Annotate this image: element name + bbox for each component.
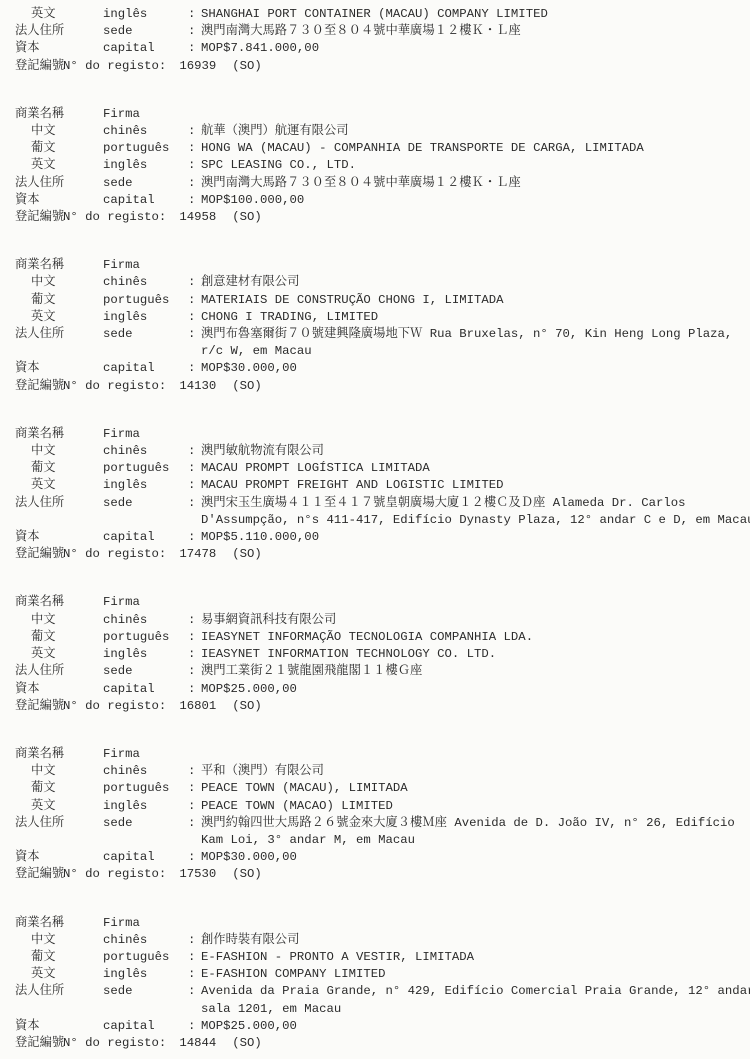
field-label-pt: sede <box>103 23 188 40</box>
field-row: 資本capital:MOP$100.000,00 <box>15 192 740 209</box>
field-label-zh: 英文 <box>15 477 103 494</box>
field-label-pt: português <box>103 780 188 797</box>
field-label-zh: 資本 <box>15 1018 103 1035</box>
colon-separator: : <box>188 681 201 698</box>
record-header-row: 商業名稱Firma <box>15 257 740 274</box>
registo-suffix: (SO) <box>232 209 262 226</box>
value-line: :CHONG I TRADING, LIMITED <box>188 309 740 326</box>
field-label-pt: chinês <box>103 612 188 629</box>
value-text: HONG WA (MACAU) - COMPANHIA DE TRANSPORT… <box>201 141 644 155</box>
field-label-pt: inglês <box>103 6 188 23</box>
field-label-zh: 葡文 <box>15 460 103 477</box>
field-row: 葡文português:E-FASHION - PRONTO A VESTIR,… <box>15 949 740 966</box>
field-value: :MOP$5.110.000,00 <box>188 529 740 546</box>
colon-separator: : <box>188 460 201 477</box>
field-label-zh: 葡文 <box>15 949 103 966</box>
field-value: :MACAU PROMPT LOGÍSTICA LIMITADA <box>188 460 740 477</box>
value-line: D'Assumpção, n°s 411-417, Edifício Dynas… <box>188 512 740 529</box>
value-text: 創作時裝有限公司 <box>201 933 299 947</box>
record-block: 商業名稱Firma中文chinês:易事網資訊科技有限公司葡文português… <box>15 594 740 714</box>
field-row: 法人住所sede:澳門南灣大馬路７３０至８０４號中華廣場１２樓Ｋ・Ｌ座 <box>15 23 740 40</box>
record-header-row: 商業名稱Firma <box>15 746 740 763</box>
value-text: 航華（澳門）航運有限公司 <box>201 124 349 138</box>
value-line: :HONG WA (MACAU) - COMPANHIA DE TRANSPOR… <box>188 140 740 157</box>
field-value: :IEASYNET INFORMAÇÃO TECNOLOGIA COMPANHI… <box>188 629 740 646</box>
field-label-zh: 英文 <box>15 309 103 326</box>
field-value: :澳門布魯塞爾街７０號建興隆廣場地下Ｗ Rua Bruxelas, n° 70,… <box>188 326 740 360</box>
value-text: MACAU PROMPT FREIGHT AND LOGISTIC LIMITE… <box>201 478 504 492</box>
field-row: 資本capital:MOP$7.841.000,00 <box>15 40 740 57</box>
registo-label-pt: N° do registo: <box>63 866 166 883</box>
value-text: PEACE TOWN (MACAO) LIMITED <box>201 799 393 813</box>
field-label-zh: 資本 <box>15 681 103 698</box>
field-label-zh: 法人住所 <box>15 175 103 192</box>
value-text: 平和（澳門）有限公司 <box>201 764 324 778</box>
value-text: 易事網資訊科技有限公司 <box>201 613 336 627</box>
field-label-pt: capital <box>103 360 188 377</box>
record-header-row: 商業名稱Firma <box>15 106 740 123</box>
value-text: MATERIAIS DE CONSTRUÇÃO CHONG I, LIMITAD… <box>201 293 504 307</box>
field-label-pt: chinês <box>103 763 188 780</box>
colon-separator: : <box>188 40 201 57</box>
colon-separator: : <box>188 663 201 680</box>
field-value: :澳門南灣大馬路７３０至８０４號中華廣場１２樓Ｋ・Ｌ座 <box>188 175 740 192</box>
field-label-pt: português <box>103 460 188 477</box>
colon-separator: : <box>188 763 201 780</box>
registo-row: 登記編號N° do registo:14130(SO) <box>15 378 740 395</box>
field-row: 英文inglês:MACAU PROMPT FREIGHT AND LOGIST… <box>15 477 740 494</box>
value-text: 澳門約翰四世大馬路２６號金來大廈３樓Ｍ座 Avenida de D. João … <box>201 816 735 830</box>
colon-separator: : <box>188 798 201 815</box>
registo-row: 登記編號N° do registo:14844(SO) <box>15 1035 740 1052</box>
value-text: CHONG I TRADING, LIMITED <box>201 310 378 324</box>
field-label-zh: 法人住所 <box>15 663 103 680</box>
registo-label-pt: N° do registo: <box>63 378 166 395</box>
field-label-pt: inglês <box>103 309 188 326</box>
value-line: sala 1201, em Macau <box>188 1001 740 1018</box>
value-text: r/c W, em Macau <box>201 344 312 358</box>
value-line: :平和（澳門）有限公司 <box>188 763 740 780</box>
field-label-pt: Firma <box>103 426 188 443</box>
field-label-zh: 中文 <box>15 932 103 949</box>
registo-suffix: (SO) <box>232 866 262 883</box>
field-row: 英文inglês:PEACE TOWN (MACAO) LIMITED <box>15 798 740 815</box>
colon-separator: : <box>188 175 201 192</box>
value-text: 澳門敏航物流有限公司 <box>201 444 324 458</box>
field-value: :澳門敏航物流有限公司 <box>188 443 740 460</box>
field-value: :MOP$30.000,00 <box>188 849 740 866</box>
field-label-pt: inglês <box>103 798 188 815</box>
field-label-zh: 法人住所 <box>15 983 103 1000</box>
field-label-pt: português <box>103 140 188 157</box>
field-label-zh: 商業名稱 <box>15 106 103 123</box>
field-value: :HONG WA (MACAU) - COMPANHIA DE TRANSPOR… <box>188 140 740 157</box>
colon-separator: : <box>188 932 201 949</box>
field-value: :澳門宋玉生廣場４１１至４１７號皇朝廣場大廈１２樓Ｃ及Ｄ座 Alameda Dr… <box>188 495 740 529</box>
colon-separator: : <box>188 966 201 983</box>
value-line: :MACAU PROMPT LOGÍSTICA LIMITADA <box>188 460 740 477</box>
value-line: :SHANGHAI PORT CONTAINER (MACAU) COMPANY… <box>188 6 740 23</box>
field-label-zh: 英文 <box>15 646 103 663</box>
field-label-pt: sede <box>103 983 188 1000</box>
field-label-pt: inglês <box>103 157 188 174</box>
value-line: :澳門南灣大馬路７３０至８０４號中華廣場１２樓Ｋ・Ｌ座 <box>188 175 740 192</box>
field-label-pt: português <box>103 292 188 309</box>
registry-page: 英文inglês:SHANGHAI PORT CONTAINER (MACAU)… <box>0 0 750 1052</box>
field-label-zh: 商業名稱 <box>15 594 103 611</box>
field-label-pt: sede <box>103 495 188 512</box>
value-text: Kam Loi, 3° andar M, em Macau <box>201 833 415 847</box>
colon-separator: : <box>188 815 201 832</box>
value-text: MOP$25.000,00 <box>201 682 297 696</box>
colon-separator: : <box>188 477 201 494</box>
field-label-pt: capital <box>103 192 188 209</box>
value-line: :MACAU PROMPT FREIGHT AND LOGISTIC LIMIT… <box>188 477 740 494</box>
field-value: :MOP$25.000,00 <box>188 1018 740 1035</box>
field-row: 資本capital:MOP$25.000,00 <box>15 681 740 698</box>
field-row: 英文inglês:SHANGHAI PORT CONTAINER (MACAU)… <box>15 6 740 23</box>
record-header-row: 商業名稱Firma <box>15 915 740 932</box>
field-value: :Avenida da Praia Grande, n° 429, Edifíc… <box>188 983 740 1017</box>
field-row: 葡文português:PEACE TOWN (MACAU), LIMITADA <box>15 780 740 797</box>
value-line: :E-FASHION COMPANY LIMITED <box>188 966 740 983</box>
colon-separator: : <box>188 292 201 309</box>
value-text: 創意建材有限公司 <box>201 275 299 289</box>
value-line: :PEACE TOWN (MACAU), LIMITADA <box>188 780 740 797</box>
field-label-pt: capital <box>103 529 188 546</box>
value-text: 澳門宋玉生廣場４１１至４１７號皇朝廣場大廈１２樓Ｃ及Ｄ座 Alameda Dr.… <box>201 496 686 510</box>
field-row: 法人住所sede:澳門南灣大馬路７３０至８０４號中華廣場１２樓Ｋ・Ｌ座 <box>15 175 740 192</box>
registo-number: 17478 <box>179 546 216 563</box>
field-label-pt: sede <box>103 815 188 832</box>
colon-separator: : <box>188 629 201 646</box>
value-line: :MOP$5.110.000,00 <box>188 529 740 546</box>
value-text: 澳門布魯塞爾街７０號建興隆廣場地下Ｗ Rua Bruxelas, n° 70, … <box>201 327 732 341</box>
field-value: :E-FASHION - PRONTO A VESTIR, LIMITADA <box>188 949 740 966</box>
field-label-zh: 資本 <box>15 40 103 57</box>
field-row: 英文inglês:SPC LEASING CO., LTD. <box>15 157 740 174</box>
colon-separator: : <box>188 274 201 291</box>
registo-number: 17530 <box>179 866 216 883</box>
value-text: MOP$25.000,00 <box>201 1019 297 1033</box>
value-line: :MOP$100.000,00 <box>188 192 740 209</box>
record-block: 商業名稱Firma中文chinês:澳門敏航物流有限公司葡文português:… <box>15 426 740 564</box>
field-row: 中文chinês:澳門敏航物流有限公司 <box>15 443 740 460</box>
value-line: :澳門約翰四世大馬路２６號金來大廈３樓Ｍ座 Avenida de D. João… <box>188 815 740 832</box>
value-line: Kam Loi, 3° andar M, em Macau <box>188 832 740 849</box>
registo-row: 登記編號N° do registo:14958(SO) <box>15 209 740 226</box>
field-row: 法人住所sede:澳門布魯塞爾街７０號建興隆廣場地下Ｗ Rua Bruxelas… <box>15 326 740 360</box>
registo-suffix: (SO) <box>232 698 262 715</box>
registo-suffix: (SO) <box>232 1035 262 1052</box>
value-text: MACAU PROMPT LOGÍSTICA LIMITADA <box>201 461 430 475</box>
value-line: :PEACE TOWN (MACAO) LIMITED <box>188 798 740 815</box>
field-value: :SHANGHAI PORT CONTAINER (MACAU) COMPANY… <box>188 6 740 23</box>
registo-row: 登記編號N° do registo:16939(SO) <box>15 58 740 75</box>
field-row: 資本capital:MOP$5.110.000,00 <box>15 529 740 546</box>
value-line: :MOP$30.000,00 <box>188 849 740 866</box>
value-line: :澳門布魯塞爾街７０號建興隆廣場地下Ｗ Rua Bruxelas, n° 70,… <box>188 326 740 343</box>
field-value: :MOP$30.000,00 <box>188 360 740 377</box>
field-label-zh: 英文 <box>15 798 103 815</box>
field-row: 英文inglês:IEASYNET INFORMATION TECHNOLOGY… <box>15 646 740 663</box>
field-row: 英文inglês:CHONG I TRADING, LIMITED <box>15 309 740 326</box>
field-row: 中文chinês:易事網資訊科技有限公司 <box>15 612 740 629</box>
field-value: :易事網資訊科技有限公司 <box>188 612 740 629</box>
registo-suffix: (SO) <box>232 58 262 75</box>
field-label-pt: chinês <box>103 274 188 291</box>
value-line: :澳門宋玉生廣場４１１至４１７號皇朝廣場大廈１２樓Ｃ及Ｄ座 Alameda Dr… <box>188 495 740 512</box>
value-text: IEASYNET INFORMATION TECHNOLOGY CO. LTD. <box>201 647 496 661</box>
field-label-zh: 商業名稱 <box>15 746 103 763</box>
value-text: E-FASHION COMPANY LIMITED <box>201 967 385 981</box>
registo-label-zh: 登記編號 <box>15 698 63 715</box>
value-text: MOP$5.110.000,00 <box>201 530 319 544</box>
value-line: :航華（澳門）航運有限公司 <box>188 123 740 140</box>
value-line: r/c W, em Macau <box>188 343 740 360</box>
field-label-pt: português <box>103 629 188 646</box>
value-line: :Avenida da Praia Grande, n° 429, Edifíc… <box>188 983 740 1000</box>
field-label-zh: 葡文 <box>15 140 103 157</box>
colon-separator: : <box>188 495 201 512</box>
field-label-zh: 資本 <box>15 360 103 377</box>
registo-suffix: (SO) <box>232 378 262 395</box>
value-line: :E-FASHION - PRONTO A VESTIR, LIMITADA <box>188 949 740 966</box>
field-label-pt: Firma <box>103 106 188 123</box>
field-row: 資本capital:MOP$25.000,00 <box>15 1018 740 1035</box>
field-value: :航華（澳門）航運有限公司 <box>188 123 740 140</box>
field-value: :MATERIAIS DE CONSTRUÇÃO CHONG I, LIMITA… <box>188 292 740 309</box>
field-row: 葡文português:IEASYNET INFORMAÇÃO TECNOLOG… <box>15 629 740 646</box>
registo-number: 14130 <box>179 378 216 395</box>
record-header-row: 商業名稱Firma <box>15 594 740 611</box>
record-block: 商業名稱Firma中文chinês:航華（澳門）航運有限公司葡文portuguê… <box>15 106 740 226</box>
field-row: 葡文português:HONG WA (MACAU) - COMPANHIA … <box>15 140 740 157</box>
registo-suffix: (SO) <box>232 546 262 563</box>
field-value: :SPC LEASING CO., LTD. <box>188 157 740 174</box>
colon-separator: : <box>188 309 201 326</box>
field-label-zh: 英文 <box>15 157 103 174</box>
field-row: 法人住所sede:Avenida da Praia Grande, n° 429… <box>15 983 740 1017</box>
registo-label-pt: N° do registo: <box>63 58 166 75</box>
registo-label-zh: 登記編號 <box>15 209 63 226</box>
field-label-pt: inglês <box>103 966 188 983</box>
registo-label-zh: 登記編號 <box>15 58 63 75</box>
field-value: :創意建材有限公司 <box>188 274 740 291</box>
registo-number: 14958 <box>179 209 216 226</box>
field-label-zh: 葡文 <box>15 292 103 309</box>
value-text: 澳門南灣大馬路７３０至８０４號中華廣場１２樓Ｋ・Ｌ座 <box>201 176 521 190</box>
value-line: :MOP$25.000,00 <box>188 1018 740 1035</box>
field-row: 資本capital:MOP$30.000,00 <box>15 360 740 377</box>
colon-separator: : <box>188 443 201 460</box>
field-label-zh: 資本 <box>15 849 103 866</box>
field-label-zh: 法人住所 <box>15 23 103 40</box>
value-line: :MOP$30.000,00 <box>188 360 740 377</box>
field-label-zh: 葡文 <box>15 780 103 797</box>
field-value: :澳門南灣大馬路７３０至８０４號中華廣場１２樓Ｋ・Ｌ座 <box>188 23 740 40</box>
value-line: :創作時裝有限公司 <box>188 932 740 949</box>
field-row: 資本capital:MOP$30.000,00 <box>15 849 740 866</box>
value-text: D'Assumpção, n°s 411-417, Edifício Dynas… <box>201 513 750 527</box>
colon-separator: : <box>188 360 201 377</box>
field-label-pt: Firma <box>103 594 188 611</box>
field-label-zh: 英文 <box>15 966 103 983</box>
colon-separator: : <box>188 780 201 797</box>
registo-number: 16939 <box>179 58 216 75</box>
colon-separator: : <box>188 849 201 866</box>
value-text: E-FASHION - PRONTO A VESTIR, LIMITADA <box>201 950 474 964</box>
field-row: 法人住所sede:澳門約翰四世大馬路２６號金來大廈３樓Ｍ座 Avenida de… <box>15 815 740 849</box>
registo-number: 16801 <box>179 698 216 715</box>
colon-separator: : <box>188 983 201 1000</box>
value-line: :MATERIAIS DE CONSTRUÇÃO CHONG I, LIMITA… <box>188 292 740 309</box>
field-value: :CHONG I TRADING, LIMITED <box>188 309 740 326</box>
field-label-pt: sede <box>103 175 188 192</box>
colon-separator: : <box>188 529 201 546</box>
field-value: :MOP$25.000,00 <box>188 681 740 698</box>
field-row: 法人住所sede:澳門宋玉生廣場４１１至４１７號皇朝廣場大廈１２樓Ｃ及Ｄ座 Al… <box>15 495 740 529</box>
registo-label-zh: 登記編號 <box>15 866 63 883</box>
field-label-pt: português <box>103 949 188 966</box>
field-label-pt: inglês <box>103 646 188 663</box>
field-label-zh: 資本 <box>15 192 103 209</box>
value-text: 澳門工業街２１號龍園飛龍閣１１樓Ｇ座 <box>201 664 422 678</box>
registo-row: 登記編號N° do registo:17478(SO) <box>15 546 740 563</box>
field-value: :MACAU PROMPT FREIGHT AND LOGISTIC LIMIT… <box>188 477 740 494</box>
value-line: :IEASYNET INFORMATION TECHNOLOGY CO. LTD… <box>188 646 740 663</box>
field-label-pt: chinês <box>103 932 188 949</box>
record-block: 英文inglês:SHANGHAI PORT CONTAINER (MACAU)… <box>15 6 740 75</box>
field-label-pt: capital <box>103 681 188 698</box>
record-header-row: 商業名稱Firma <box>15 426 740 443</box>
field-value: :PEACE TOWN (MACAO) LIMITED <box>188 798 740 815</box>
field-value: :IEASYNET INFORMATION TECHNOLOGY CO. LTD… <box>188 646 740 663</box>
field-row: 葡文português:MACAU PROMPT LOGÍSTICA LIMIT… <box>15 460 740 477</box>
field-label-zh: 中文 <box>15 612 103 629</box>
field-label-pt: chinês <box>103 123 188 140</box>
record-block: 商業名稱Firma中文chinês:創作時裝有限公司葡文português:E-… <box>15 915 740 1053</box>
registo-label-pt: N° do registo: <box>63 546 166 563</box>
registo-label-pt: N° do registo: <box>63 1035 166 1052</box>
value-text: sala 1201, em Macau <box>201 1002 341 1016</box>
colon-separator: : <box>188 140 201 157</box>
field-row: 中文chinês:創意建材有限公司 <box>15 274 740 291</box>
field-label-zh: 商業名稱 <box>15 426 103 443</box>
value-line: :澳門工業街２１號龍園飛龍閣１１樓Ｇ座 <box>188 663 740 680</box>
value-text: SPC LEASING CO., LTD. <box>201 158 356 172</box>
field-label-zh: 中文 <box>15 763 103 780</box>
field-row: 葡文português:MATERIAIS DE CONSTRUÇÃO CHON… <box>15 292 740 309</box>
colon-separator: : <box>188 646 201 663</box>
colon-separator: : <box>188 157 201 174</box>
field-value: :創作時裝有限公司 <box>188 932 740 949</box>
field-label-zh: 葡文 <box>15 629 103 646</box>
field-label-zh: 中文 <box>15 443 103 460</box>
field-value: :澳門工業街２１號龍園飛龍閣１１樓Ｇ座 <box>188 663 740 680</box>
field-label-zh: 法人住所 <box>15 326 103 343</box>
field-value: :MOP$7.841.000,00 <box>188 40 740 57</box>
value-line: :澳門南灣大馬路７３０至８０４號中華廣場１２樓Ｋ・Ｌ座 <box>188 23 740 40</box>
field-label-pt: sede <box>103 326 188 343</box>
colon-separator: : <box>188 612 201 629</box>
value-text: PEACE TOWN (MACAU), LIMITADA <box>201 781 408 795</box>
record-block: 商業名稱Firma中文chinês:平和（澳門）有限公司葡文português:… <box>15 746 740 884</box>
value-line: :IEASYNET INFORMAÇÃO TECNOLOGIA COMPANHI… <box>188 629 740 646</box>
registo-label-zh: 登記編號 <box>15 546 63 563</box>
field-label-zh: 法人住所 <box>15 815 103 832</box>
registo-label-pt: N° do registo: <box>63 209 166 226</box>
value-line: :MOP$25.000,00 <box>188 681 740 698</box>
value-text: MOP$7.841.000,00 <box>201 41 319 55</box>
field-row: 法人住所sede:澳門工業街２１號龍園飛龍閣１１樓Ｇ座 <box>15 663 740 680</box>
record-block: 商業名稱Firma中文chinês:創意建材有限公司葡文português:MA… <box>15 257 740 395</box>
field-label-pt: inglês <box>103 477 188 494</box>
registo-label-zh: 登記編號 <box>15 378 63 395</box>
field-label-pt: Firma <box>103 746 188 763</box>
colon-separator: : <box>188 123 201 140</box>
registo-row: 登記編號N° do registo:17530(SO) <box>15 866 740 883</box>
value-line: :SPC LEASING CO., LTD. <box>188 157 740 174</box>
value-text: MOP$30.000,00 <box>201 850 297 864</box>
value-text: SHANGHAI PORT CONTAINER (MACAU) COMPANY … <box>201 7 548 21</box>
field-value: :E-FASHION COMPANY LIMITED <box>188 966 740 983</box>
value-text: MOP$30.000,00 <box>201 361 297 375</box>
value-text: 澳門南灣大馬路７３０至８０４號中華廣場１２樓Ｋ・Ｌ座 <box>201 24 521 38</box>
field-label-pt: capital <box>103 849 188 866</box>
colon-separator: : <box>188 326 201 343</box>
field-label-zh: 法人住所 <box>15 495 103 512</box>
value-line: :MOP$7.841.000,00 <box>188 40 740 57</box>
value-text: MOP$100.000,00 <box>201 193 304 207</box>
field-label-pt: capital <box>103 1018 188 1035</box>
field-label-zh: 商業名稱 <box>15 915 103 932</box>
field-value: :澳門約翰四世大馬路２６號金來大廈３樓Ｍ座 Avenida de D. João… <box>188 815 740 849</box>
field-row: 中文chinês:平和（澳門）有限公司 <box>15 763 740 780</box>
registo-row: 登記編號N° do registo:16801(SO) <box>15 698 740 715</box>
value-line: :澳門敏航物流有限公司 <box>188 443 740 460</box>
field-row: 英文inglês:E-FASHION COMPANY LIMITED <box>15 966 740 983</box>
field-label-pt: capital <box>103 40 188 57</box>
colon-separator: : <box>188 1018 201 1035</box>
value-line: :創意建材有限公司 <box>188 274 740 291</box>
value-text: IEASYNET INFORMAÇÃO TECNOLOGIA COMPANHIA… <box>201 630 533 644</box>
field-row: 中文chinês:創作時裝有限公司 <box>15 932 740 949</box>
field-label-zh: 商業名稱 <box>15 257 103 274</box>
value-line: :易事網資訊科技有限公司 <box>188 612 740 629</box>
field-row: 中文chinês:航華（澳門）航運有限公司 <box>15 123 740 140</box>
field-label-zh: 中文 <box>15 123 103 140</box>
field-value: :MOP$100.000,00 <box>188 192 740 209</box>
field-label-zh: 中文 <box>15 274 103 291</box>
registo-number: 14844 <box>179 1035 216 1052</box>
colon-separator: : <box>188 23 201 40</box>
colon-separator: : <box>188 949 201 966</box>
field-label-pt: Firma <box>103 915 188 932</box>
colon-separator: : <box>188 192 201 209</box>
value-text: Avenida da Praia Grande, n° 429, Edifíci… <box>201 984 750 998</box>
field-label-zh: 英文 <box>15 6 103 23</box>
field-label-zh: 資本 <box>15 529 103 546</box>
field-value: :平和（澳門）有限公司 <box>188 763 740 780</box>
field-value: :PEACE TOWN (MACAU), LIMITADA <box>188 780 740 797</box>
registo-label-pt: N° do registo: <box>63 698 166 715</box>
registo-label-zh: 登記編號 <box>15 1035 63 1052</box>
field-label-pt: Firma <box>103 257 188 274</box>
field-label-pt: sede <box>103 663 188 680</box>
colon-separator: : <box>188 6 201 23</box>
field-label-pt: chinês <box>103 443 188 460</box>
